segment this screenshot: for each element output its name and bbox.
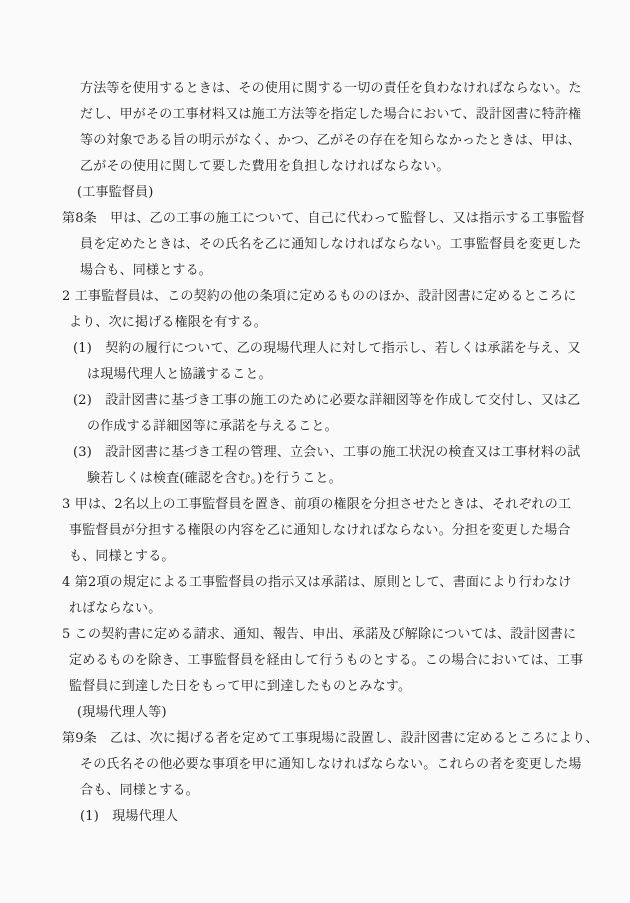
text-line: 定めるものを除き、工事監督員を経由して行うものとする。この場合においては、工事: [62, 648, 630, 674]
text-line: 2 工事監督員は、この契約の他の条項に定めるもののほか、設計図書に定めるところに: [62, 284, 630, 310]
document-body: 方法等を使用するときは、その使用に関する一切の責任を負わなければならない。ただし…: [0, 0, 630, 830]
text-line: だし、甲がその工事材料又は施工方法等を指定した場合において、設計図書に特許権: [62, 102, 630, 128]
text-line: 5 この契約書に定める請求、通知、報告、申出、承諾及び解除については、設計図書に: [62, 622, 630, 648]
text-line: 監督員に到達した日をもって甲に到達したものとみなす。: [62, 674, 630, 700]
text-line: の作成する詳細図等に承諾を与えること。: [62, 414, 630, 440]
text-line: は現場代理人と協議すること。: [62, 362, 630, 388]
text-line: 合も、同様とする。: [62, 778, 630, 804]
text-line: その氏名その他必要な事項を甲に通知しなければならない。これらの者を変更した場: [62, 752, 630, 778]
text-line: 員を定めたときは、その氏名を乙に通知しなければならない。工事監督員を変更した: [62, 232, 630, 258]
text-line: (工事監督員): [62, 180, 630, 206]
text-line: 第9条 乙は、次に掲げる者を定めて工事現場に設置し、設計図書に定めるところにより…: [62, 726, 630, 752]
text-line: (2) 設計図書に基づき工事の施工のために必要な詳細図等を作成して交付し、又は乙: [62, 388, 630, 414]
text-line: 方法等を使用するときは、その使用に関する一切の責任を負わなければならない。た: [62, 76, 630, 102]
text-line: 等の対象である旨の明示がなく、かつ、乙がその存在を知らなかったときは、甲は、: [62, 128, 630, 154]
document-page: 方法等を使用するときは、その使用に関する一切の責任を負わなければならない。ただし…: [0, 0, 630, 903]
text-line: 第8条 甲は、乙の工事の施工について、自己に代わって監督し、又は指示する工事監督: [62, 206, 630, 232]
text-line: より、次に掲げる権限を有する。: [62, 310, 630, 336]
text-line: 乙がその使用に関して要した費用を負担しなければならない。: [62, 154, 630, 180]
text-line: 4 第2項の規定による工事監督員の指示又は承諾は、原則として、書面により行わなけ: [62, 570, 630, 596]
text-line: ればならない。: [62, 596, 630, 622]
text-line: (1) 現場代理人: [62, 804, 630, 830]
text-line: (3) 設計図書に基づき工程の管理、立会い、工事の施工状況の検査又は工事材料の試: [62, 440, 630, 466]
text-line: 3 甲は、2名以上の工事監督員を置き、前項の権限を分担させたときは、それぞれの工: [62, 492, 630, 518]
text-line: (1) 契約の履行について、乙の現場代理人に対して指示し、若しくは承諾を与え、又: [62, 336, 630, 362]
text-line: 場合も、同様とする。: [62, 258, 630, 284]
text-line: 事監督員が分担する権限の内容を乙に通知しなければならない。分担を変更した場合: [62, 518, 630, 544]
text-line: (現場代理人等): [62, 700, 630, 726]
text-line: も、同様とする。: [62, 544, 630, 570]
text-line: 験若しくは検査(確認を含む。)を行うこと。: [62, 466, 630, 492]
